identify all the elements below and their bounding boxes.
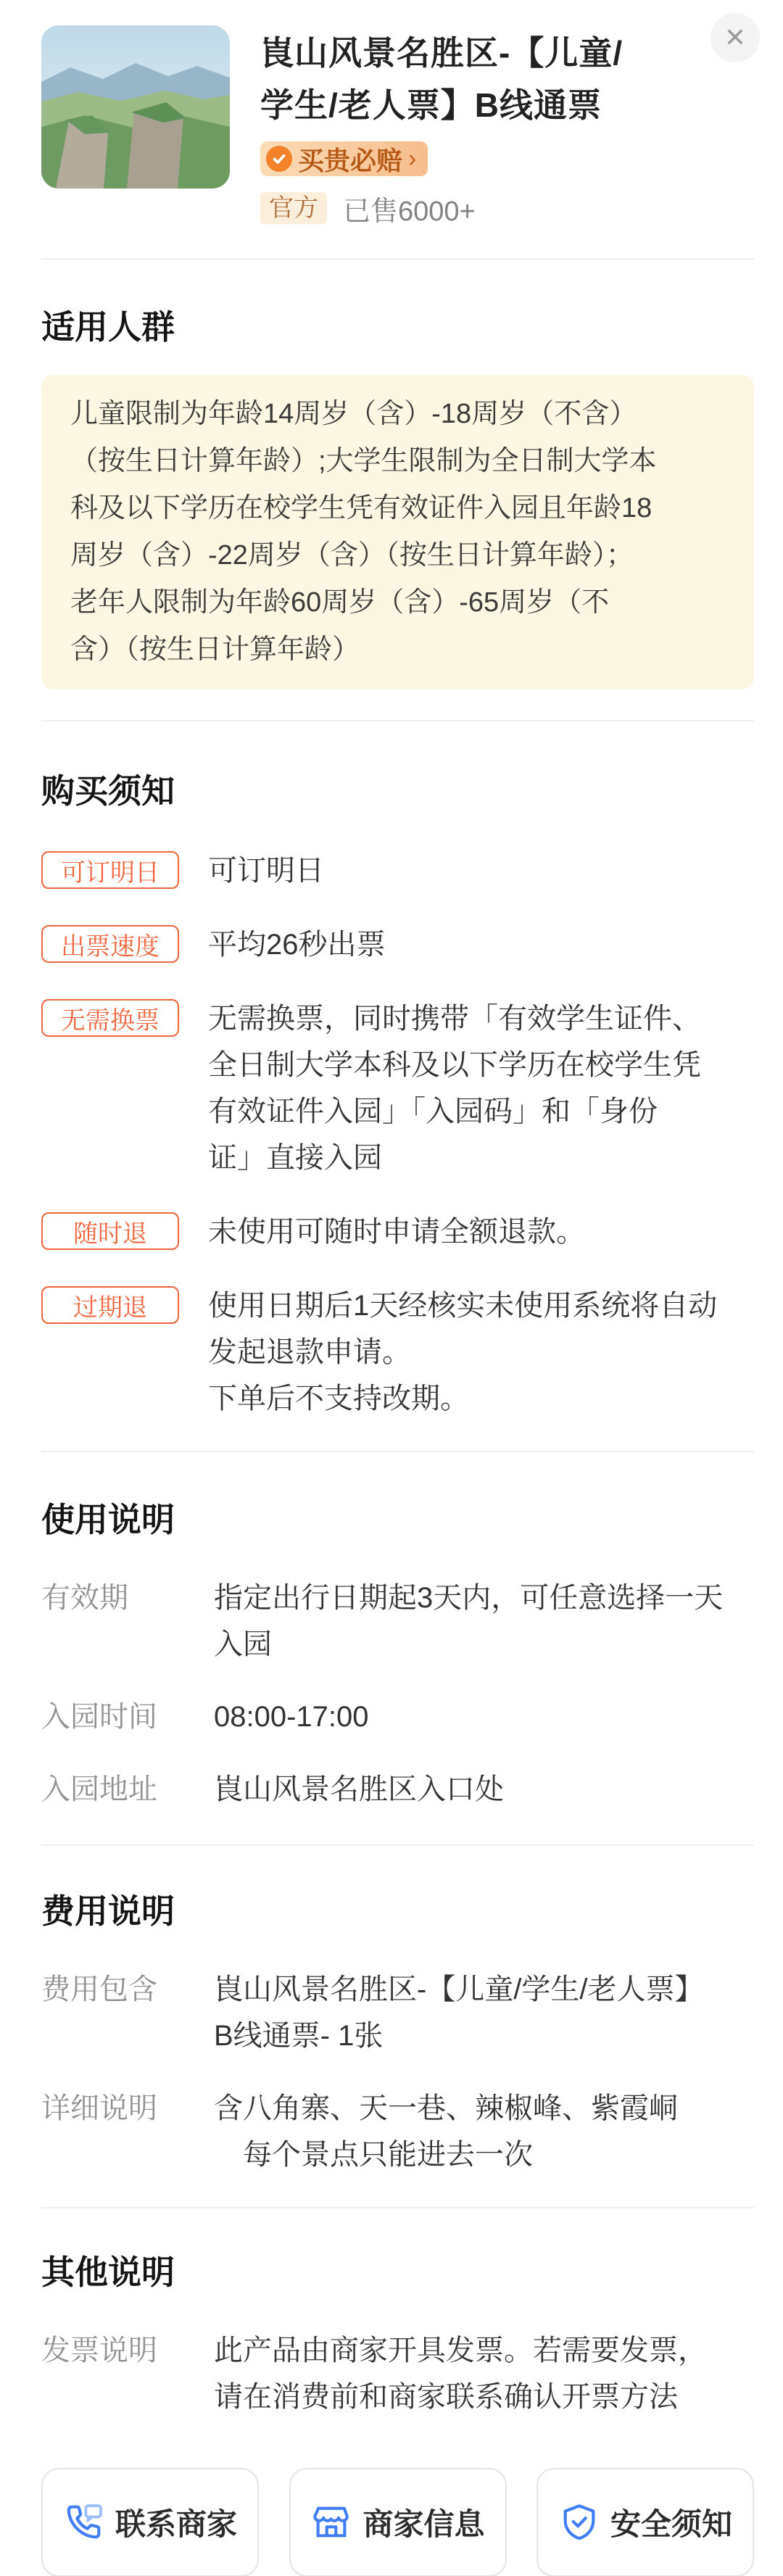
row-value: 指定出行日期起3天内，可任意选择一天 入园 bbox=[214, 1575, 754, 1668]
usage-heading: 使用说明 bbox=[41, 1499, 754, 1540]
other-list: 发票说明 此产品由商家开具发票。若需要发票， 请在消费前和商家联系确认开票方法 bbox=[41, 2327, 754, 2420]
official-badge: 官方 bbox=[260, 192, 327, 224]
safety-notice-button[interactable]: 安全须知 bbox=[536, 2468, 754, 2576]
price-guarantee-badge[interactable]: 买贵必赔 › bbox=[260, 141, 428, 176]
row-value: 此产品由商家开具发票。若需要发票， 请在消费前和商家联系确认开票方法 bbox=[214, 2327, 754, 2420]
audience-heading: 适用人群 bbox=[41, 307, 754, 347]
divider bbox=[41, 1451, 754, 1452]
notice-text: 平均26秒出票 bbox=[208, 922, 386, 968]
notice-tag: 过期退 bbox=[41, 1286, 179, 1324]
guarantee-check-icon bbox=[266, 146, 292, 172]
fees-row: 费用包含 崀山风景名胜区-【儿童/学生/老人票】 B线通票- 1张 bbox=[41, 1966, 754, 2059]
other-heading: 其他说明 bbox=[41, 2252, 754, 2293]
fees-section: 费用说明 费用包含 崀山风景名胜区-【儿童/学生/老人票】 B线通票- 1张 详… bbox=[0, 1891, 783, 2178]
divider bbox=[41, 1844, 754, 1846]
notice-tag: 出票速度 bbox=[41, 925, 179, 963]
notice-row: 随时退 未使用可随时申请全额退款。 bbox=[41, 1209, 754, 1255]
footer-actions: 联系商家 商家信息 安全须知 bbox=[41, 2468, 754, 2576]
product-head-main: 崀山风景名胜区-【儿童/ 学生/老人票】B线通票 买贵必赔 › 官方 已售600… bbox=[260, 25, 751, 224]
chevron-right-icon: › bbox=[408, 145, 416, 173]
mountain-photo-placeholder bbox=[41, 25, 230, 189]
notice-tag: 无需换票 bbox=[41, 999, 179, 1037]
divider bbox=[41, 258, 754, 260]
notice-tag: 可订明日 bbox=[41, 851, 179, 889]
usage-row: 入园地址 崀山风景名胜区入口处 bbox=[41, 1766, 754, 1813]
notice-text: 未使用可随时申请全额退款。 bbox=[208, 1209, 585, 1255]
safety-notice-label: 安全须知 bbox=[610, 2501, 732, 2544]
notice-row: 无需换票 无需换票，同时携带「有效学生证件、 全日制大学本科及以下学历在校学生凭… bbox=[41, 995, 754, 1181]
fees-row: 详细说明 含八角寨、天一巷、辣椒峰、紫霞峒 每个景点只能进去一次 bbox=[41, 2085, 754, 2178]
notice-tag: 随时退 bbox=[41, 1212, 179, 1250]
notice-text: 可订明日 bbox=[208, 848, 324, 894]
notice-row: 可订明日 可订明日 bbox=[41, 848, 754, 894]
row-value: 08:00-17:00 bbox=[214, 1694, 754, 1740]
usage-row: 有效期 指定出行日期起3天内，可任意选择一天 入园 bbox=[41, 1575, 754, 1668]
close-icon: ✕ bbox=[724, 13, 746, 62]
notice-text: 无需换票，同时携带「有效学生证件、 全日制大学本科及以下学历在校学生凭 有效证件… bbox=[208, 995, 701, 1181]
usage-section: 使用说明 有效期 指定出行日期起3天内，可任意选择一天 入园 入园时间 08:0… bbox=[0, 1499, 783, 1813]
usage-row: 入园时间 08:00-17:00 bbox=[41, 1694, 754, 1740]
audience-section: 适用人群 儿童限制为年龄14周岁（含）-18周岁（不含） （按生日计算年龄）;大… bbox=[0, 307, 783, 689]
contact-merchant-label: 联系商家 bbox=[115, 2501, 237, 2544]
contact-merchant-button[interactable]: 联系商家 bbox=[41, 2468, 259, 2576]
audience-body: 儿童限制为年龄14周岁（含）-18周岁（不含） （按生日计算年龄）;大学生限制为… bbox=[41, 375, 754, 689]
product-thumbnail[interactable] bbox=[41, 25, 230, 189]
row-label: 入园时间 bbox=[41, 1694, 214, 1740]
sales-count: 已售6000+ bbox=[343, 189, 476, 228]
product-header: 崀山风景名胜区-【儿童/ 学生/老人票】B线通票 买贵必赔 › 官方 已售600… bbox=[0, 0, 783, 224]
fees-heading: 费用说明 bbox=[41, 1891, 754, 1931]
guarantee-label: 买贵必赔 bbox=[298, 141, 402, 178]
purchase-notes-section: 购买须知 可订明日 可订明日 出票速度 平均26秒出票 无需换票 无需换票，同时… bbox=[0, 771, 783, 1422]
row-value: 崀山风景名胜区入口处 bbox=[214, 1766, 754, 1813]
other-section: 其他说明 发票说明 此产品由商家开具发票。若需要发票， 请在消费前和商家联系确认… bbox=[0, 2252, 783, 2420]
row-label: 发票说明 bbox=[41, 2327, 214, 2374]
row-label: 有效期 bbox=[41, 1575, 214, 1621]
row-value: 含八角寨、天一巷、辣椒峰、紫霞峒 每个景点只能进去一次 bbox=[214, 2085, 754, 2178]
product-meta-row: 官方 已售6000+ bbox=[260, 192, 751, 224]
notice-row: 出票速度 平均26秒出票 bbox=[41, 922, 754, 968]
divider bbox=[41, 2207, 754, 2208]
divider bbox=[41, 720, 754, 721]
row-label: 入园地址 bbox=[41, 1766, 214, 1813]
phone-chat-icon bbox=[63, 2501, 105, 2543]
usage-list: 有效期 指定出行日期起3天内，可任意选择一天 入园 入园时间 08:00-17:… bbox=[41, 1575, 754, 1813]
merchant-info-label: 商家信息 bbox=[362, 2501, 484, 2544]
purchase-notes-list: 可订明日 可订明日 出票速度 平均26秒出票 无需换票 无需换票，同时携带「有效… bbox=[41, 848, 754, 1422]
fees-list: 费用包含 崀山风景名胜区-【儿童/学生/老人票】 B线通票- 1张 详细说明 含… bbox=[41, 1966, 754, 2178]
product-title: 崀山风景名胜区-【儿童/ 学生/老人票】B线通票 bbox=[260, 27, 751, 131]
merchant-info-button[interactable]: 商家信息 bbox=[289, 2468, 507, 2576]
shield-check-icon bbox=[558, 2501, 600, 2543]
row-value: 崀山风景名胜区-【儿童/学生/老人票】 B线通票- 1张 bbox=[214, 1966, 754, 2059]
notice-text: 使用日期后1天经核实未使用系统将自动 发起退款申请。 下单后不支持改期。 bbox=[208, 1283, 717, 1422]
row-label: 费用包含 bbox=[41, 1966, 214, 2013]
purchase-notes-heading: 购买须知 bbox=[41, 771, 754, 811]
row-label: 详细说明 bbox=[41, 2085, 214, 2132]
other-row: 发票说明 此产品由商家开具发票。若需要发票， 请在消费前和商家联系确认开票方法 bbox=[41, 2327, 754, 2420]
storefront-icon bbox=[310, 2501, 352, 2543]
close-button[interactable]: ✕ bbox=[710, 13, 760, 62]
notice-row: 过期退 使用日期后1天经核实未使用系统将自动 发起退款申请。 下单后不支持改期。 bbox=[41, 1283, 754, 1422]
